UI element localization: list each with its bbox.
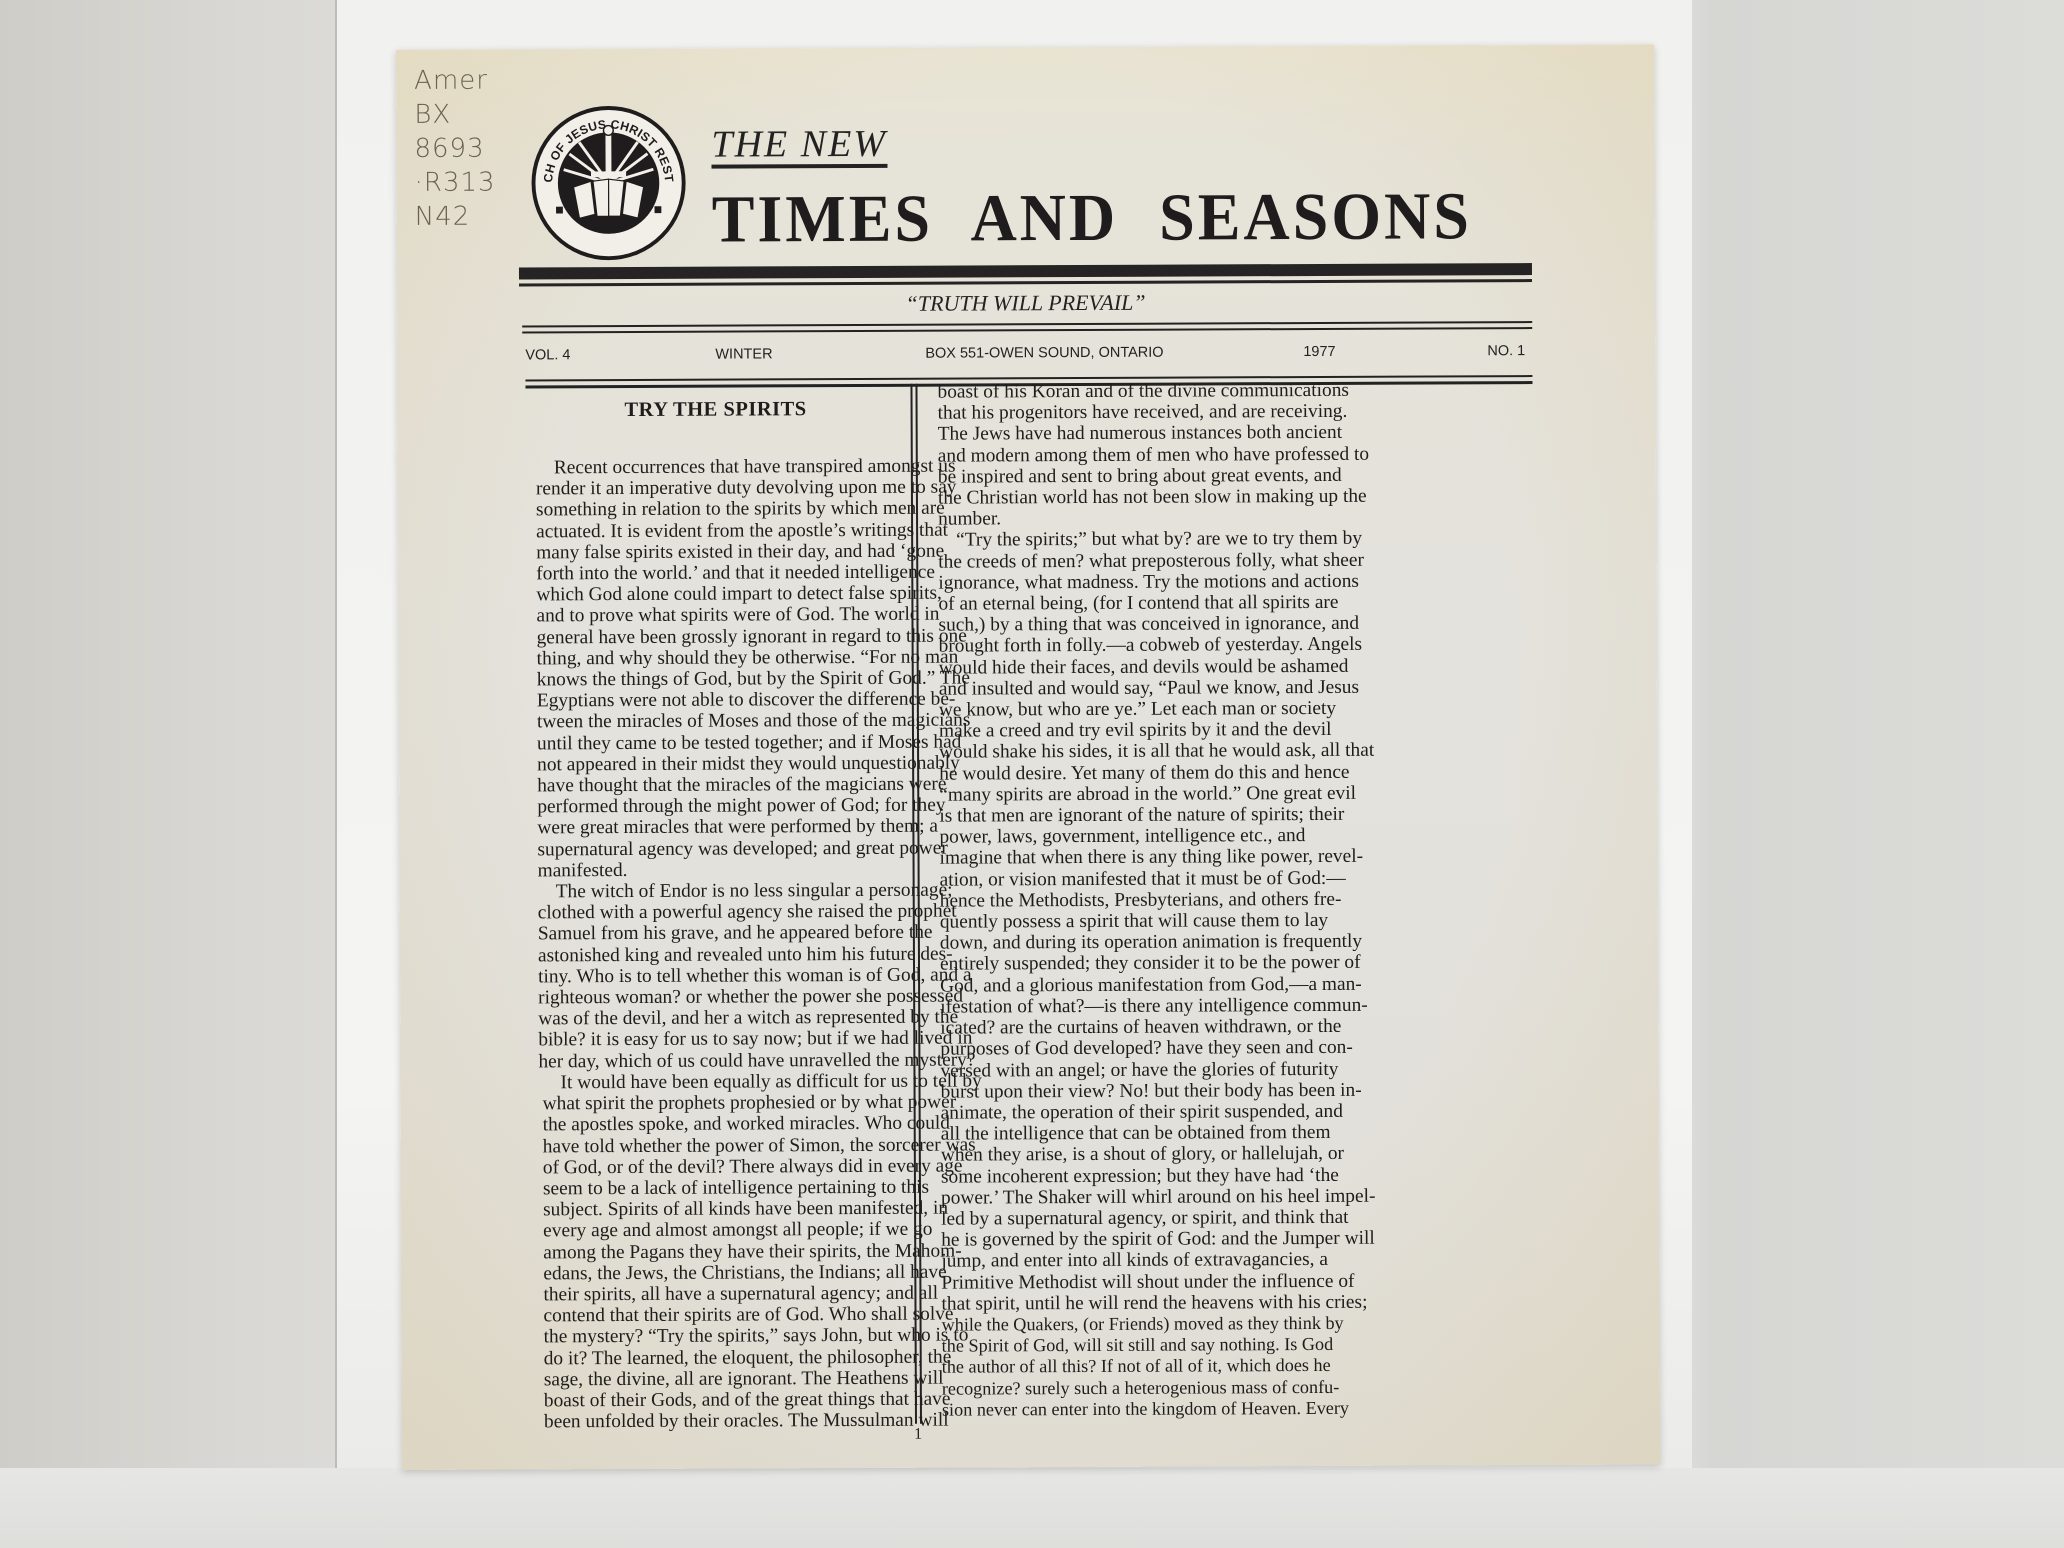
text-line: the author of all this? If not of all of… [942,1355,1308,1378]
text-line: It would have been equally as difficult … [542,1071,898,1094]
text-line: edans, the Jews, the Christians, the Ind… [543,1262,899,1285]
text-line: among the Pagans they have their spirits… [543,1240,899,1263]
article-column-left: Recent occurrences that have transpired … [536,456,900,1433]
text-line: something in relation to the spirits by … [536,498,896,521]
text-line: The witch of Endor is no less singular a… [538,880,898,903]
text-line: when they arise, is a shout of glory, or… [941,1143,1307,1166]
text-line: would hide their faces, and devils would… [939,656,1305,679]
text-line: brought forth in folly.—a cobweb of yest… [939,634,1305,657]
text-line: the apostles spoke, and worked miracles.… [543,1113,899,1136]
text-line: jump, and enter into all kinds of extrav… [941,1249,1307,1272]
text-line: imagine that when there is any thing lik… [939,847,1305,870]
text-line: contend that their spirits are of God. W… [543,1304,899,1327]
volume: VOL. 4 [525,347,570,363]
text-line: that his progenitors have received, and … [938,401,1304,424]
text-line: performed through the might power of God… [537,795,897,818]
text-line: sage, the divine, all are ignorant. The … [544,1368,900,1391]
text-line: actuated. It is evident from the apostle… [536,519,896,542]
shelf-surface [0,1468,2064,1548]
text-line: many false spirits existed in their day,… [536,541,896,564]
text-line: number. [938,507,1304,530]
text-line: burst upon their view? No! but their bod… [941,1080,1307,1103]
text-line: all the intelligence that can be obtaine… [941,1122,1307,1145]
text-line: God, and a glorious manifestation from G… [940,974,1306,997]
address: BOX 551-OWEN SOUND, ONTARIO [925,345,1163,362]
text-line: such,) by a thing that was conceived in … [938,613,1304,636]
text-line: every age and almost amongst all people;… [543,1219,899,1242]
text-line: make a creed and try evil spirits by it … [939,719,1305,742]
text-line: while the Quakers, (or Friends) moved as… [942,1313,1308,1336]
church-seal-logo-icon: CHURCH OF JESUS CHRIST RESTORED TRUTH WI… [530,105,687,262]
text-line: were great miracles that were performed … [537,816,897,839]
text-line: the Spirit of God, will sit still and sa… [942,1334,1308,1357]
text-line: been unfolded by their oracles. The Muss… [544,1410,900,1433]
issue-number: NO. 1 [1487,343,1525,359]
text-line: be inspired and sent to bring about grea… [938,465,1304,488]
text-line: righteous woman? or whether the power sh… [538,986,898,1009]
text-line: ifestation of what?—is there any intelli… [940,995,1306,1018]
text-line: purposes of God developed? have they see… [940,1037,1306,1060]
text-line: ation, or vision manifested that it must… [940,868,1306,891]
text-line: versed with an angel; or have the glorie… [940,1059,1306,1082]
text-line: some incoherent expression; but they hav… [941,1165,1307,1188]
handwritten-line: 8693 [414,132,495,166]
text-line: would shake his sides, it is all that he… [939,740,1305,763]
issue-info-bar: VOL. 4 WINTER BOX 551-OWEN SOUND, ONTARI… [525,331,1525,375]
text-line: and to prove what spirits were of God. T… [536,604,896,627]
text-line: her day, which of us could have unravell… [538,1050,898,1073]
text-line: entirely suspended; they consider it to … [940,953,1306,976]
text-line: not appeared in their midst they would u… [537,753,897,776]
text-line: have told whether the power of Simon, th… [543,1134,899,1157]
article-title: TRY THE SPIRITS [536,398,896,423]
text-line: sion never can enter into the kingdom of… [942,1398,1308,1421]
text-line: thing, and why should they be otherwise.… [537,647,897,670]
text-line: icated? are the curtains of heaven withd… [940,1016,1306,1039]
text-line: the mystery? “Try the spirits,” says Joh… [544,1325,900,1348]
text-line: quently possess a spirit that will cause… [940,910,1306,933]
text-line: have thought that the miracles of the ma… [537,774,897,797]
handwritten-line: BX [414,98,495,132]
article-column-right: boast of his Koran and of the divine com… [937,380,1308,1421]
text-line: recognize? surely such a heterogenious m… [942,1377,1308,1400]
text-line: knows the things of God, but by the Spir… [537,668,897,691]
text-line: render it an imperative duty devolving u… [536,477,896,500]
text-line: supernatural agency was developed; and g… [537,837,897,860]
text-line: manifested. [538,859,898,882]
text-line: the Christian world has not been slow in… [938,486,1304,509]
text-line: general have been grossly ignorant in re… [537,625,897,648]
text-line: tiny. Who is to tell whether this woman … [538,965,898,988]
text-line: led by a supernatural agency, or spirit,… [941,1207,1307,1230]
text-line: their spirits, all have a supernatural a… [543,1283,899,1306]
season: WINTER [715,346,772,362]
text-line: we know, but who are ye.” Let each man o… [939,698,1305,721]
text-line: what spirit the prophets prophesied or b… [543,1092,899,1115]
text-line: the creeds of men? what preposterous fol… [938,550,1304,573]
text-line: he would desire. Yet many of them do thi… [939,762,1305,785]
text-line: astonished king and revealed unto him hi… [538,943,898,966]
text-line: ignorance, what madness. Try the motions… [938,571,1304,594]
text-line: and insulted and would say, “Paul we kno… [939,677,1305,700]
masthead-rule-thick [519,263,1532,279]
text-line: Recent occurrences that have transpired … [536,456,896,479]
text-line: clothed with a powerful agency she raise… [538,901,898,924]
text-line: power, laws, government, intelligence et… [939,825,1305,848]
text-line: bible? it is easy for us to say now; but… [538,1028,898,1051]
text-line: boast of their Gods, and of the great th… [544,1389,900,1412]
text-line: of God, or of the devil? There always di… [543,1156,899,1179]
text-line: and modern among them of men who have pr… [938,444,1304,467]
handwritten-line: ·R313 [415,166,496,200]
text-line: boast of his Koran and of the divine com… [937,380,1303,403]
text-line: The Jews have had numerous instances bot… [938,422,1304,445]
newsletter-page: AmerBX8693·R313N42 CHURCH OF JESUS CHRIS… [396,45,1660,1470]
text-line: of an eternal being, (for I contend that… [938,592,1304,615]
text-line: “many spirits are abroad in the world.” … [939,783,1305,806]
year: 1977 [1303,344,1335,360]
motto: “TRUTH WILL PREVAIL” [519,283,1532,323]
text-line: Samuel from his grave, and he appeared b… [538,922,898,945]
handwritten-line: N42 [415,200,496,234]
text-line: he is governed by the spirit of God: and… [941,1228,1307,1251]
text-line: seem to be a lack of intelligence pertai… [543,1177,899,1200]
text-line: Primitive Methodist will shout under the… [941,1271,1307,1294]
text-line: which God alone could impart to detect f… [536,583,896,606]
text-line: is that men are ignorant of the nature o… [939,804,1305,827]
text-line: subject. Spirits of all kinds have been … [543,1198,899,1221]
text-line: until they came to be tested together; a… [537,731,897,754]
handwritten-call-number: AmerBX8693·R313N42 [414,64,496,234]
text-line: forth into the world.’ and that it neede… [536,562,896,585]
text-line: was of the devil, and her a witch as rep… [538,1007,898,1030]
text-line: animate, the operation of their spirit s… [941,1101,1307,1124]
handwritten-line: Amer [414,64,495,98]
text-line: that spirit, until he will rend the heav… [941,1292,1307,1315]
text-line: power.’ The Shaker will whirl around on … [941,1186,1307,1209]
text-line: tween the miracles of Moses and those of… [537,710,897,733]
text-line: Egyptians were not able to discover the … [537,689,897,712]
text-line: hence the Methodists, Presbyterians, and… [940,889,1306,912]
text-line: do it? The learned, the eloquent, the ph… [544,1346,900,1369]
masthead-title: TIMES AND SEASONS [712,177,1472,258]
page-number: 1 [914,1426,922,1444]
masthead-kicker: THE NEW [711,124,887,169]
text-line: down, and during its operation animation… [940,931,1306,954]
text-line: “Try the spirits;” but what by? are we t… [938,528,1304,551]
